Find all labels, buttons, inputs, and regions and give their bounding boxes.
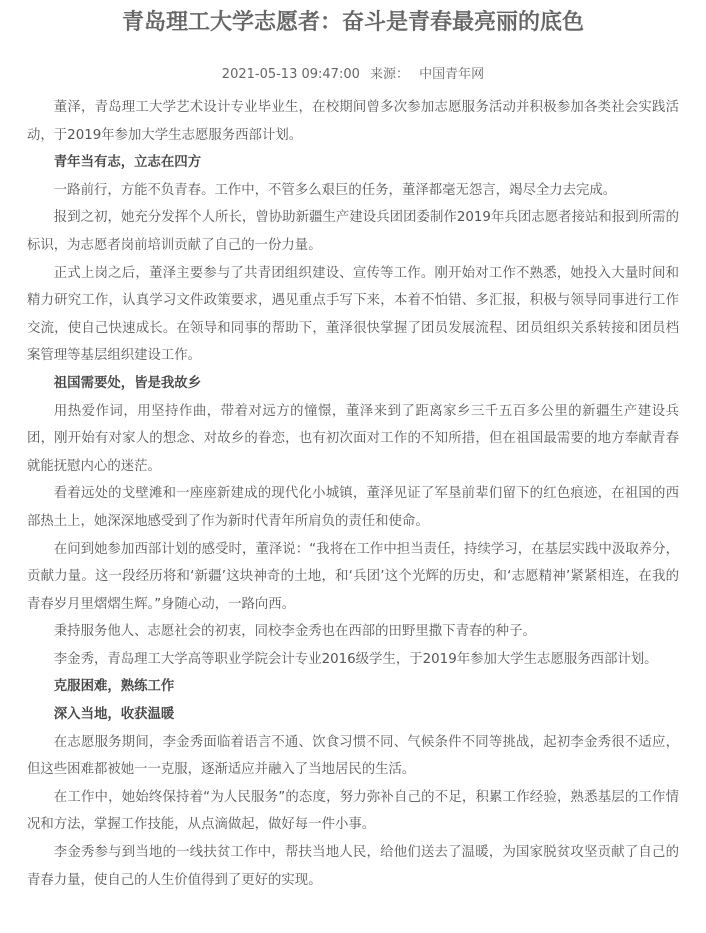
article-body: 董泽，青岛理工大学艺术设计专业毕业生，在校期间曾多次参加志愿服务活动并积极参加各… — [27, 94, 679, 894]
paragraph: 秉持服务他人、志愿社会的初衷，同校李金秀也在西部的田野里撒下青春的种子。 — [27, 618, 679, 646]
section-heading: 青年当有志，立志在四方 — [27, 149, 679, 177]
paragraph: 李金秀，青岛理工大学高等职业学院会计专业2016级学生，于2019年参加大学生志… — [27, 646, 679, 674]
paragraph: 一路前行，方能不负青春。工作中，不管多么艰巨的任务，董泽都毫无怨言，竭尽全力去完… — [27, 177, 679, 205]
article-meta: 2021-05-13 09:47:00 来源： 中国青年网 — [27, 65, 679, 85]
section-heading: 祖国需要处，皆是我故乡 — [27, 370, 679, 398]
source-label: 来源： — [370, 67, 409, 82]
paragraph: 正式上岗之后，董泽主要参与了共青团组织建设、宣传等工作。刚开始对工作不熟悉，她投… — [27, 260, 679, 370]
article: 青岛理工大学志愿者：奋斗是青春最亮丽的底色 2021-05-13 09:47:0… — [0, 0, 706, 894]
source-name: 中国青年网 — [419, 67, 484, 82]
paragraph: 在工作中，她始终保持着“为人民服务”的态度，努力弥补自己的不足，积累工作经验，熟… — [27, 784, 679, 839]
paragraph: 在问到她参加西部计划的感受时，董泽说：“我将在工作中担当责任，持续学习，在基层实… — [27, 536, 679, 619]
paragraph: 李金秀参与到当地的一线扶贫工作中，帮扶当地人民，给他们送去了温暖，为国家脱贫攻坚… — [27, 839, 679, 894]
section-heading: 克服困难，熟练工作 — [27, 673, 679, 701]
paragraph: 在志愿服务期间，李金秀面临着语言不通、饮食习惯不同、气候条件不同等挑战，起初李金… — [27, 729, 679, 784]
publish-datetime: 2021-05-13 09:47:00 — [222, 67, 360, 82]
paragraph: 看着远处的戈壁滩和一座座新建成的现代化小城镇，董泽见证了军垦前辈们留下的红色痕迹… — [27, 480, 679, 535]
paragraph: 报到之初，她充分发挥个人所长，曾协助新疆生产建设兵团团委制作2019年兵团志愿者… — [27, 204, 679, 259]
paragraph: 用热爱作词，用坚持作曲，带着对远方的憧憬，董泽来到了距离家乡三千五百多公里的新疆… — [27, 398, 679, 481]
paragraph: 董泽，青岛理工大学艺术设计专业毕业生，在校期间曾多次参加志愿服务活动并积极参加各… — [27, 94, 679, 149]
article-title: 青岛理工大学志愿者：奋斗是青春最亮丽的底色 — [27, 0, 679, 38]
section-heading: 深入当地，收获温暖 — [27, 701, 679, 729]
